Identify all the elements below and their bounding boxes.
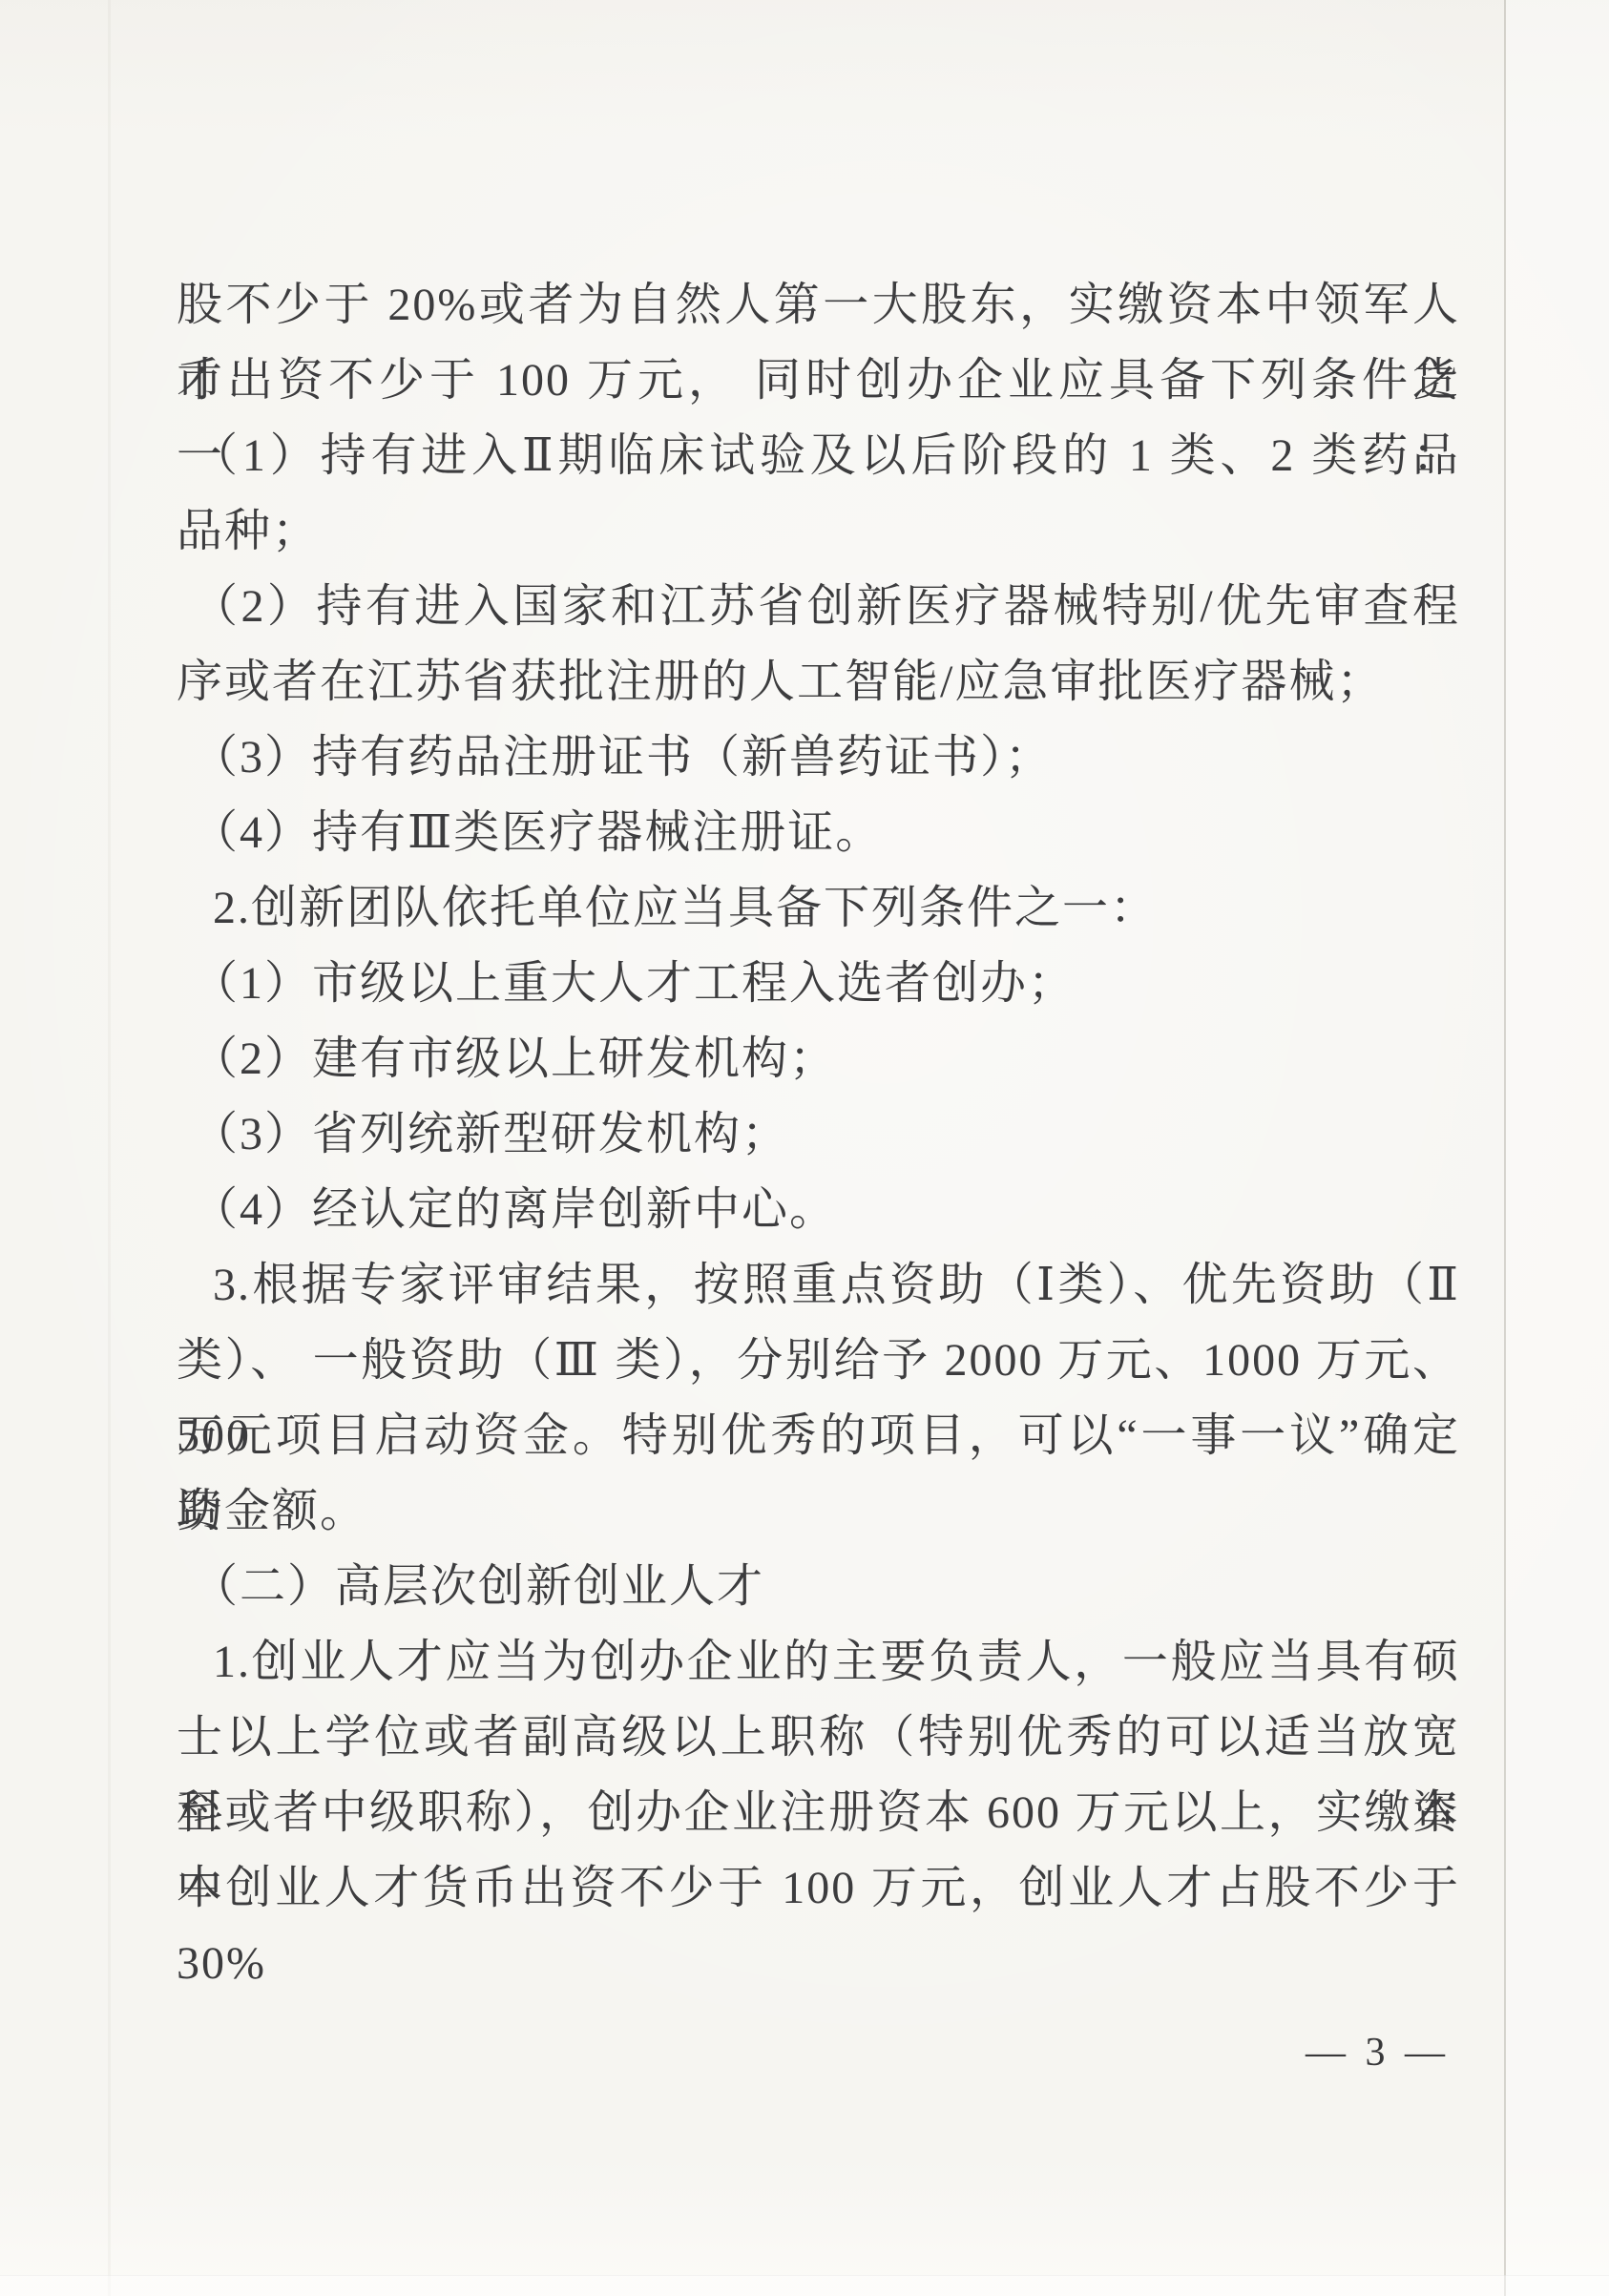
- text-line: 万元项目启动资金。特别优秀的项目，可以“一事一议”确定资: [177, 1398, 1460, 1473]
- text-line: （3）持有药品注册证书（新兽药证书）；: [177, 720, 1460, 795]
- text-line: 序或者在江苏省获批注册的人工智能/应急审批医疗器械；: [177, 644, 1460, 720]
- text-line: （4）持有Ⅲ类医疗器械注册证。: [177, 795, 1460, 870]
- text-line: 中创业人才货币出资不少于 100 万元，创业人才占股不少于 30%: [177, 1850, 1460, 1926]
- text-line: （1）持有进入Ⅱ期临床试验及以后阶段的 1 类、2 类药品: [177, 418, 1460, 493]
- text-line: 股不少于 20%或者为自然人第一大股东，实缴资本中领军人才货: [177, 267, 1460, 343]
- text-line: 2.创新团队依托单位应当具备下列条件之一：: [177, 870, 1460, 946]
- text-line: 科或者中级职称），创办企业注册资本 600 万元以上，实缴资本: [177, 1775, 1460, 1850]
- text-line: 1.创业人才应当为创办企业的主要负责人，一般应当具有硕: [177, 1624, 1460, 1700]
- text-line: （2）建有市级以上研发机构；: [177, 1021, 1460, 1096]
- text-line: （2）持有进入国家和江苏省创新医疗器械特别/优先审查程: [177, 569, 1460, 644]
- scan-page-edge-line-right: [1504, 0, 1506, 2296]
- text-line: 币出资不少于 100 万元， 同时创办企业应具备下列条件之一：: [177, 343, 1460, 418]
- document-text-block: 股不少于 20%或者为自然人第一大股东，实缴资本中领军人才货 币出资不少于 10…: [177, 267, 1460, 1926]
- text-line: 3.根据专家评审结果，按照重点资助（Ⅰ类）、优先资助（Ⅱ: [177, 1247, 1460, 1323]
- text-line: 品种；: [177, 493, 1460, 569]
- text-line: 类）、 一般资助（Ⅲ 类），分别给予 2000 万元、1000 万元、500: [177, 1323, 1460, 1398]
- text-line: 助金额。: [177, 1473, 1460, 1549]
- paper-edge-strip-right: [1506, 0, 1609, 2296]
- paper-edge-strip-bottom: [0, 2275, 1609, 2296]
- page-number: — 3 —: [1306, 2029, 1450, 2077]
- text-line: （3）省列统新型研发机构；: [177, 1096, 1460, 1172]
- text-line: （4）经认定的离岸创新中心。: [177, 1172, 1460, 1247]
- text-line: （1）市级以上重大人才工程入选者创办；: [177, 946, 1460, 1021]
- text-line: 士以上学位或者副高级以上职称（特别优秀的可以适当放宽至本: [177, 1700, 1460, 1775]
- text-line: （二）高层次创新创业人才: [177, 1549, 1460, 1624]
- scan-fold-line-left: [108, 0, 111, 2296]
